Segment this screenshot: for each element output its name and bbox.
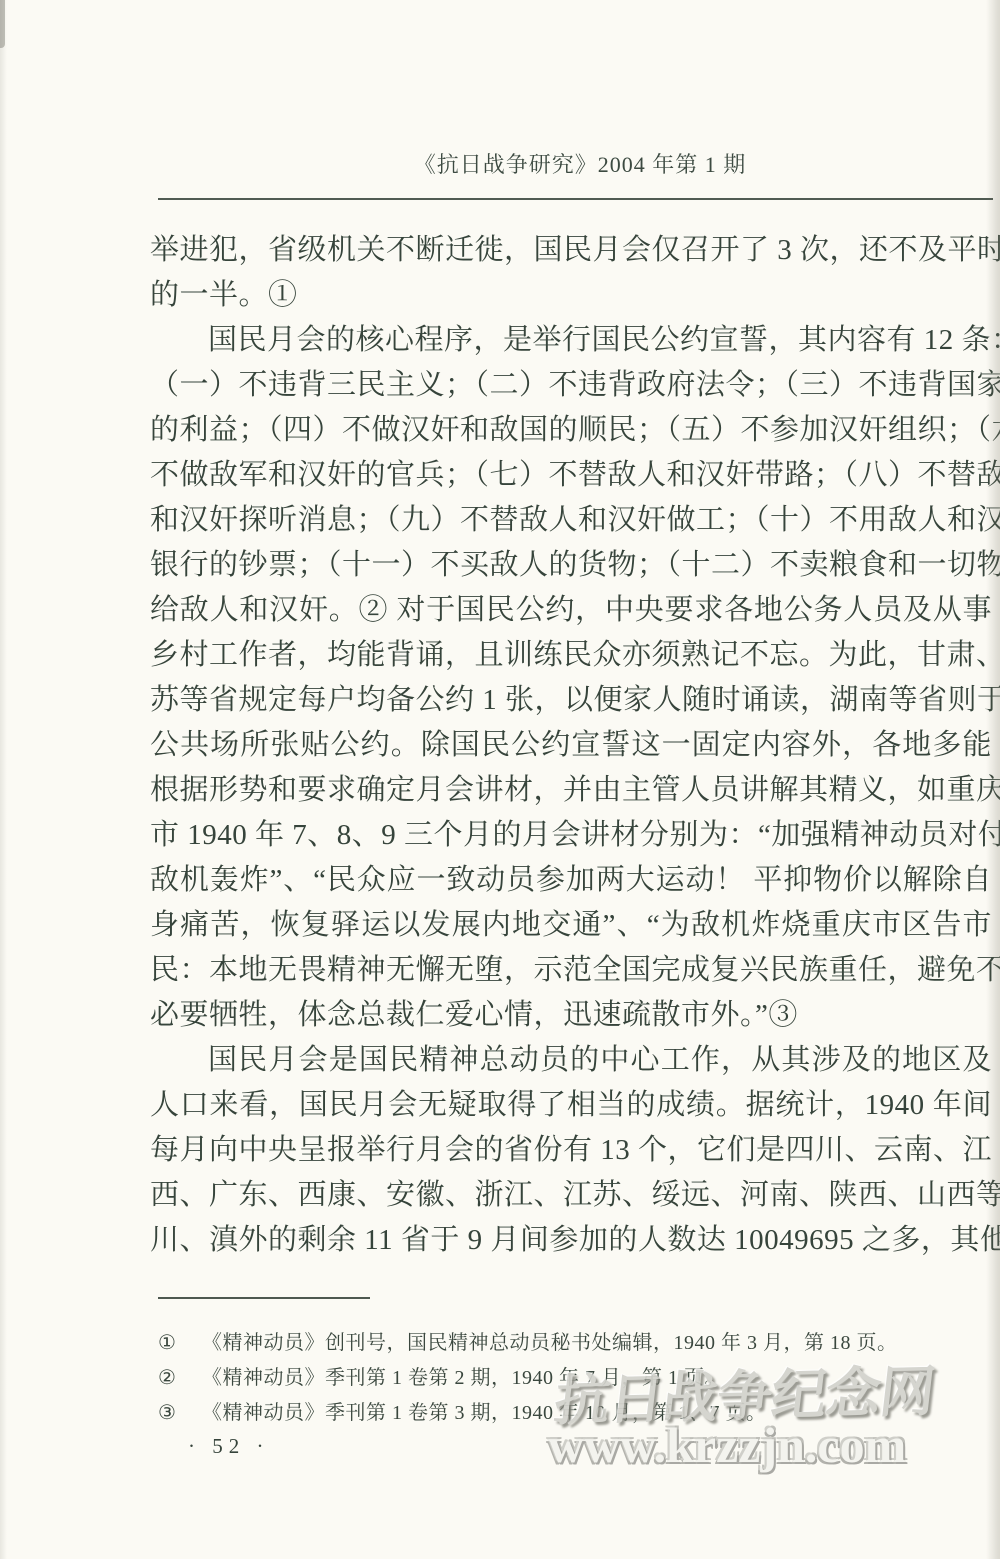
body-line: 民：本地无畏精神无懈无堕，示范全国完成复兴民族重任，避免不 bbox=[150, 948, 992, 993]
body-line: 乡村工作者，均能背诵，且训练民众亦须熟记不忘。为此，甘肃、江 bbox=[150, 633, 992, 678]
footnote-marker: ① bbox=[158, 1326, 186, 1361]
footnote-row: ③ 《精神动员》季刊第 1 卷第 3 期，1940 年 10 月，第 1、7 页… bbox=[158, 1396, 994, 1431]
body-line: 根据形势和要求确定月会讲材，并由主管人员讲解其精义，如重庆 bbox=[150, 768, 992, 813]
footnote-text: 《精神动员》季刊第 1 卷第 2 期，1940 年 7 月，第 1 页。 bbox=[202, 1361, 994, 1396]
scan-corner-artifact bbox=[0, 0, 5, 48]
body-line: 苏等省规定每户均备公约 1 张，以便家人随时诵读，湖南等省则于 bbox=[150, 678, 992, 723]
page-edge-shadow-left bbox=[0, 0, 7, 1559]
body-line: 敌机轰炸”、“民众应一致动员参加两大运动！ 平抑物价以解除自 bbox=[150, 858, 992, 903]
article-body: 举进犯，省级机关不断迁徙，国民月会仅召开了 3 次，还不及平时 的一半。① 国民… bbox=[150, 228, 992, 1263]
body-line: 的利益；（四）不做汉奸和敌国的顺民；（五）不参加汉奸组织；（六） bbox=[150, 408, 992, 453]
body-line: 市 1940 年 7、8、9 三个月的月会讲材分别为：“加强精神动员对付 bbox=[150, 813, 992, 858]
body-line: 和汉奸探听消息；（九）不替敌人和汉奸做工；（十）不用敌人和汉奸 bbox=[150, 498, 992, 543]
body-line: （一）不违背三民主义；（二）不违背政府法令；（三）不违背国家民族 bbox=[150, 363, 992, 408]
body-line: 人口来看，国民月会无疑取得了相当的成绩。据统计，1940 年间 bbox=[150, 1083, 992, 1128]
body-line: 川、滇外的剩余 11 省于 9 月间参加的人数达 10049695 之多，其他 bbox=[150, 1218, 992, 1263]
body-line: 必要牺牲，体念总裁仁爱心情，迅速疏散市外。”③ bbox=[150, 993, 992, 1038]
body-line: 给敌人和汉奸。② 对于国民公约，中央要求各地公务人员及从事 bbox=[150, 588, 992, 633]
body-line: 举进犯，省级机关不断迁徙，国民月会仅召开了 3 次，还不及平时 bbox=[150, 228, 992, 273]
footnote-row: ① 《精神动员》创刊号，国民精神总动员秘书处编辑，1940 年 3 月，第 18… bbox=[158, 1326, 994, 1361]
body-line: 不做敌军和汉奸的官兵；（七）不替敌人和汉奸带路；（八）不替敌人 bbox=[150, 453, 992, 498]
body-line: 国民月会是国民精神总动员的中心工作，从其涉及的地区及 bbox=[150, 1038, 992, 1083]
footnote-text: 《精神动员》创刊号，国民精神总动员秘书处编辑，1940 年 3 月，第 18 页… bbox=[202, 1326, 994, 1361]
footnote-text: 《精神动员》季刊第 1 卷第 3 期，1940 年 10 月，第 1、7 页。 bbox=[202, 1396, 994, 1431]
footnote-marker: ③ bbox=[158, 1396, 186, 1431]
journal-citation-header: 《抗日战争研究》2004 年第 1 期 bbox=[160, 150, 1000, 180]
body-line: 身痛苦，恢复驿运以发展内地交通”、“为敌机炸烧重庆市区告市 bbox=[150, 903, 992, 948]
body-line: 每月向中央呈报举行月会的省份有 13 个，它们是四川、云南、江 bbox=[150, 1128, 992, 1173]
body-line: 西、广东、西康、安徽、浙江、江苏、绥远、河南、陕西、山西等，其中除 bbox=[150, 1173, 992, 1218]
scanned-journal-page: 《抗日战争研究》2004 年第 1 期 举进犯，省级机关不断迁徙，国民月会仅召开… bbox=[0, 0, 1000, 1559]
body-line: 银行的钞票；（十一）不买敌人的货物；（十二）不卖粮食和一切物品 bbox=[150, 543, 992, 588]
footnote-separator bbox=[158, 1297, 370, 1299]
body-line: 公共场所张贴公约。除国民公约宣誓这一固定内容外，各地多能 bbox=[150, 723, 992, 768]
header-rule bbox=[158, 198, 993, 200]
page-number: · 52 · bbox=[188, 1434, 270, 1459]
body-line: 国民月会的核心程序，是举行国民公约宣誓，其内容有 12 条： bbox=[150, 318, 992, 363]
footnotes: ① 《精神动员》创刊号，国民精神总动员秘书处编辑，1940 年 3 月，第 18… bbox=[158, 1326, 994, 1431]
page-edge-shadow-right bbox=[986, 0, 1000, 1559]
footnote-marker: ② bbox=[158, 1361, 186, 1396]
footnote-row: ② 《精神动员》季刊第 1 卷第 2 期，1940 年 7 月，第 1 页。 bbox=[158, 1361, 994, 1396]
body-line: 的一半。① bbox=[150, 273, 992, 318]
